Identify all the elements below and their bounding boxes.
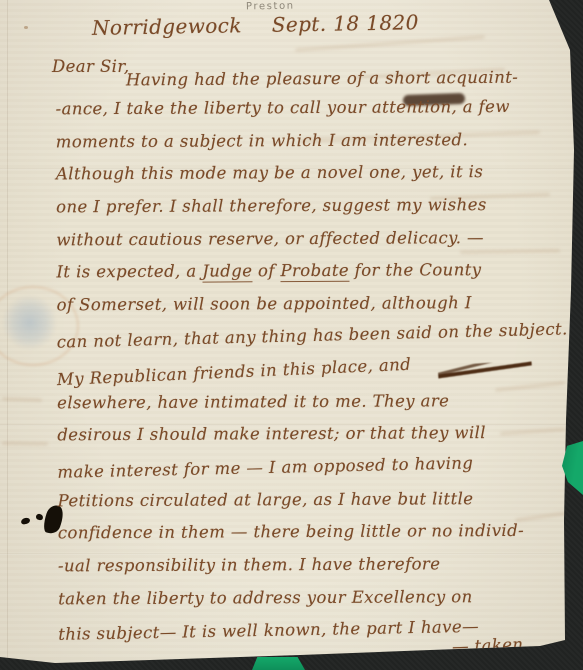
salutation: Dear Sir, bbox=[52, 57, 129, 76]
letter-text: of bbox=[252, 261, 280, 280]
dateline: NorridgewockSept. 18 1820 bbox=[92, 10, 419, 40]
letter-text: It is expected, a bbox=[56, 262, 202, 282]
wafer-seal-blue-stain bbox=[2, 295, 57, 350]
letter-line: Although this mode may be a novel one, y… bbox=[56, 162, 566, 197]
bleedthrough-ghost-text bbox=[2, 442, 48, 446]
letter-line: one I prefer. I shall therefore, suggest… bbox=[56, 195, 566, 230]
paper-speck bbox=[24, 26, 28, 29]
bleedthrough-ghost-text bbox=[295, 35, 485, 51]
letter-line: without cautious reserve, or affected de… bbox=[56, 227, 566, 262]
underlined-word: Judge bbox=[202, 262, 252, 283]
letter-body: -ance, I take the liberty to call your a… bbox=[56, 97, 569, 655]
letter-scan: Preston NorridgewockSept. 18 1820 Dear S… bbox=[0, 0, 583, 670]
green-mount-tab-bottom bbox=[252, 657, 305, 670]
letter-line: confidence in them — there being little … bbox=[58, 521, 568, 556]
letter-line: -ual responsibility in them. I have ther… bbox=[58, 554, 568, 589]
pencil-annotation: Preston bbox=[246, 1, 295, 13]
dateline-place: Norridgewock bbox=[92, 13, 242, 40]
ink-blot bbox=[36, 513, 44, 520]
opening-line: Having had the pleasure of a short acqua… bbox=[126, 68, 518, 90]
letter-line: -ance, I take the liberty to call your a… bbox=[56, 97, 566, 132]
letter-paper: Preston NorridgewockSept. 18 1820 Dear S… bbox=[0, 0, 583, 670]
catchword: — taken bbox=[452, 635, 524, 656]
letter-line: moments to a subject in which I am inter… bbox=[56, 129, 566, 164]
underlined-word: Probate bbox=[280, 261, 349, 282]
letter-text: for the County bbox=[349, 260, 482, 280]
dateline-date: Sept. 18 1820 bbox=[272, 10, 419, 37]
letter-line: It is expected, a Judge of Probate for t… bbox=[56, 260, 566, 295]
ink-blot bbox=[20, 517, 30, 525]
